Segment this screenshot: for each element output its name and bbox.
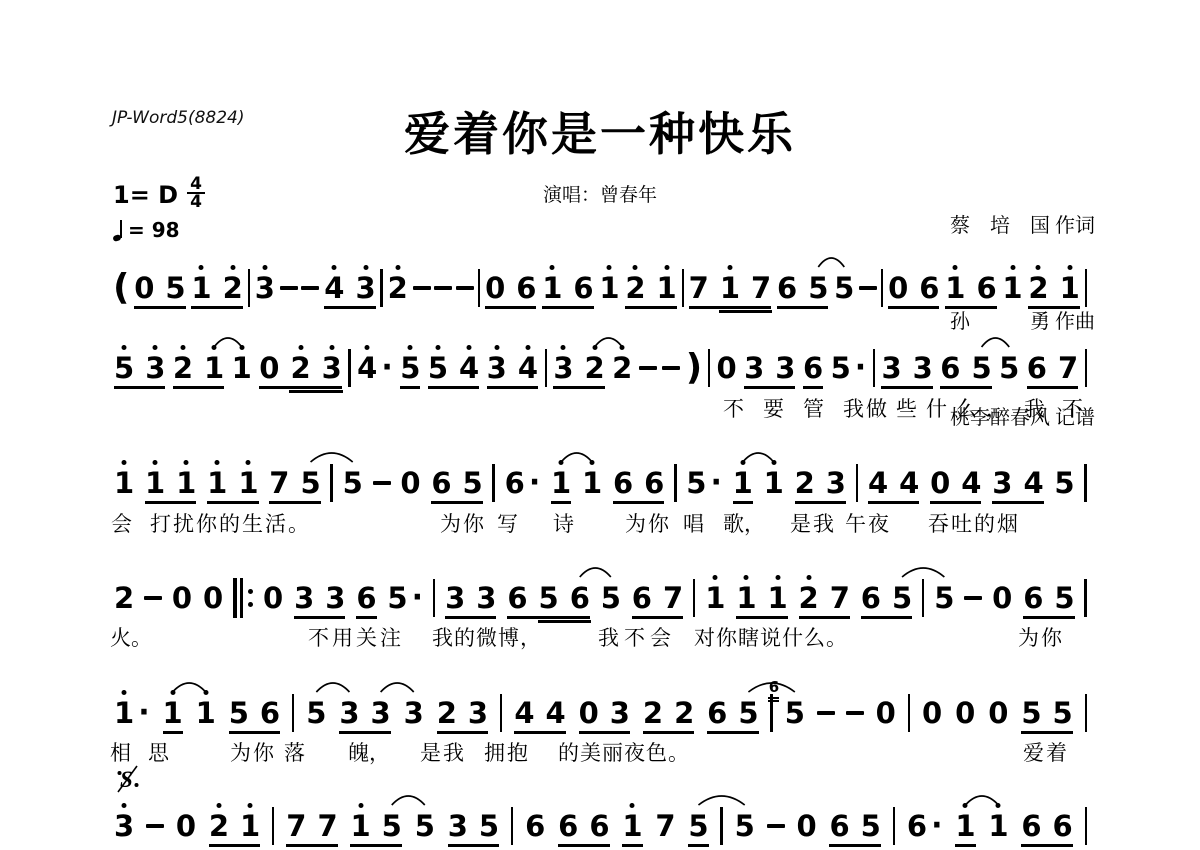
note-group: 5 bbox=[399, 354, 421, 383]
eighth-beam bbox=[733, 501, 753, 504]
note-group: 0 bbox=[202, 584, 224, 613]
eighth-beam bbox=[487, 386, 538, 389]
lyrics-line-1: 不要管我做些什么，我不 bbox=[0, 393, 1200, 421]
tie-arc bbox=[561, 453, 592, 462]
octave-dot bbox=[408, 345, 413, 350]
note-group: 65 bbox=[828, 812, 881, 841]
note-3: 3 bbox=[444, 584, 466, 613]
note-1: 1 bbox=[735, 584, 757, 613]
eighth-beam bbox=[613, 501, 664, 504]
barline bbox=[881, 269, 883, 307]
note-1: 1 bbox=[162, 699, 184, 728]
octave-dot bbox=[590, 460, 595, 465]
tie-arcs bbox=[113, 672, 1087, 696]
note-6: 6 bbox=[631, 584, 653, 613]
note-group: 717 bbox=[688, 274, 773, 303]
tie-arc bbox=[965, 796, 998, 805]
note-5: 5 bbox=[228, 699, 250, 728]
barline bbox=[674, 464, 676, 502]
note-5: 5 bbox=[891, 584, 913, 613]
note-group bbox=[301, 286, 319, 290]
note-1: 1 bbox=[349, 812, 371, 841]
lyric-segment: 火。 bbox=[110, 622, 152, 652]
note-group: 44 bbox=[513, 699, 566, 728]
note-6: 6 bbox=[1052, 812, 1074, 841]
barline bbox=[492, 464, 494, 502]
note-group: 0 bbox=[715, 354, 737, 383]
note-4: 4 bbox=[356, 354, 378, 383]
segno-icon: S bbox=[116, 764, 140, 794]
note-2: 2 bbox=[172, 354, 194, 383]
note-group: 23 bbox=[794, 469, 847, 498]
note-group: 65 bbox=[1022, 584, 1075, 613]
note-5: 5 bbox=[970, 354, 992, 383]
note-group: 0 bbox=[954, 699, 976, 728]
lyric-segment: 为你 bbox=[440, 508, 486, 538]
note-group: 5· bbox=[685, 468, 723, 498]
lyric-segment: 落 bbox=[284, 737, 305, 767]
note-1: 1 bbox=[987, 812, 1009, 841]
dash-note bbox=[662, 366, 680, 370]
note-group: 7 bbox=[654, 812, 676, 841]
note-5: 5 bbox=[734, 812, 756, 841]
note-6: 6 bbox=[802, 354, 824, 383]
note-group: 65 bbox=[939, 354, 992, 383]
note-0: 0 bbox=[987, 699, 1009, 728]
note-group bbox=[434, 286, 452, 290]
note-group: 5 bbox=[1053, 469, 1075, 498]
octave-dot bbox=[744, 575, 749, 580]
note-group bbox=[413, 286, 431, 290]
note-2: 2 bbox=[1027, 274, 1049, 303]
octave-dot bbox=[122, 460, 127, 465]
barline bbox=[500, 694, 502, 732]
note-group: 5 bbox=[687, 812, 709, 841]
barline bbox=[433, 579, 435, 617]
note-1: 1 bbox=[944, 274, 966, 303]
barline bbox=[1085, 694, 1087, 732]
note-group bbox=[639, 366, 657, 370]
note-2: 2 bbox=[611, 354, 633, 383]
note-group: 77 bbox=[285, 812, 338, 841]
note-5: 5 bbox=[860, 812, 882, 841]
dash-note bbox=[144, 596, 162, 600]
note-6: 6 bbox=[588, 812, 610, 841]
note-5: 5 bbox=[399, 354, 421, 383]
note-group: 16 bbox=[541, 274, 594, 303]
note-5: 5 bbox=[381, 812, 403, 841]
octave-dot bbox=[332, 265, 337, 270]
eighth-beam bbox=[861, 616, 912, 619]
augmentation-dot: · bbox=[854, 353, 867, 383]
octave-dot bbox=[215, 460, 220, 465]
eighth-beam bbox=[145, 501, 196, 504]
note-2: 2 bbox=[289, 354, 311, 383]
note-6: 6 bbox=[860, 584, 882, 613]
eighth-beam bbox=[207, 501, 258, 504]
tie-arc bbox=[392, 796, 425, 805]
barline bbox=[708, 349, 710, 387]
note-group: 12 bbox=[190, 274, 243, 303]
note-group: 1 bbox=[195, 699, 217, 728]
note-group: 5 bbox=[414, 812, 436, 841]
note-group: 15 bbox=[349, 812, 402, 841]
note-group: 67 bbox=[631, 584, 684, 613]
tie-arc bbox=[580, 568, 611, 577]
note-group: 1 bbox=[987, 812, 1009, 841]
tie-arcs bbox=[113, 327, 1087, 351]
barline bbox=[272, 807, 274, 845]
octave-dot bbox=[212, 345, 217, 350]
note-7: 7 bbox=[268, 469, 290, 498]
barline bbox=[873, 349, 875, 387]
note-3: 3 bbox=[324, 584, 346, 613]
eighth-beam bbox=[881, 386, 932, 389]
note-group bbox=[767, 824, 785, 828]
lyric-segment: 为你 bbox=[230, 737, 276, 767]
sheet-music-page: JP-Word5(8824) 爱着你是一种快乐 演唱：曾春年 蔡 培 国 作词 … bbox=[0, 0, 1200, 850]
tie-arc bbox=[818, 258, 844, 267]
note-7: 7 bbox=[829, 584, 851, 613]
note-group: 23 bbox=[436, 699, 489, 728]
note-group: 5 bbox=[305, 699, 327, 728]
octave-dot bbox=[248, 803, 253, 808]
note-7: 7 bbox=[662, 584, 684, 613]
note-group: 21 bbox=[208, 812, 261, 841]
lyric-segment: 不要管我 bbox=[723, 393, 883, 423]
eighth-beam bbox=[955, 844, 975, 847]
note-group: 5 bbox=[342, 469, 364, 498]
phrase-paren: ( bbox=[113, 270, 129, 306]
tie-arcs bbox=[113, 247, 1087, 271]
octave-dot bbox=[122, 690, 127, 695]
dash-note bbox=[413, 286, 431, 290]
eighth-beam bbox=[829, 844, 880, 847]
credit-lyricist: 蔡 培 国 作词 bbox=[950, 210, 1095, 242]
note-group: 22 bbox=[642, 699, 695, 728]
dash-note bbox=[456, 286, 474, 290]
note-group: 0 bbox=[175, 812, 197, 841]
eighth-beam bbox=[542, 306, 593, 309]
note-group: 6 bbox=[355, 584, 377, 613]
note-0: 0 bbox=[578, 699, 600, 728]
note-group: ) bbox=[686, 350, 702, 386]
eighth-beam bbox=[868, 501, 919, 504]
note-5: 5 bbox=[113, 354, 135, 383]
note-group: 2 bbox=[611, 354, 633, 383]
tie-arc bbox=[381, 683, 414, 692]
octave-dot bbox=[395, 265, 400, 270]
lyric-segment: 诗 bbox=[553, 508, 574, 538]
note-1: 1 bbox=[203, 354, 225, 383]
eighth-beam bbox=[445, 616, 496, 619]
note-group: 75 bbox=[268, 469, 321, 498]
note-group: 5 bbox=[734, 812, 756, 841]
note-1: 1 bbox=[550, 469, 572, 498]
note-1: 1 bbox=[656, 274, 678, 303]
dash-note bbox=[846, 711, 864, 715]
note-1: 1 bbox=[704, 584, 726, 613]
note-1: 1 bbox=[954, 812, 976, 841]
note-3: 3 bbox=[370, 699, 392, 728]
note-1: 1 bbox=[621, 812, 643, 841]
note-5: 5 bbox=[685, 469, 707, 498]
octave-dot bbox=[199, 265, 204, 270]
eighth-beam bbox=[514, 731, 565, 734]
note-1: 1 bbox=[175, 469, 197, 498]
eighth-beam bbox=[744, 386, 795, 389]
note-3: 3 bbox=[293, 584, 315, 613]
note-group: 1 bbox=[732, 469, 754, 498]
barline bbox=[478, 269, 480, 307]
eighth-beam bbox=[579, 731, 630, 734]
tie-arc bbox=[698, 796, 744, 805]
note-5: 5 bbox=[1020, 699, 1042, 728]
note-5: 5 bbox=[538, 584, 560, 613]
note-group bbox=[373, 481, 391, 485]
octave-dot bbox=[664, 265, 669, 270]
sixteenth-beam-group: 23 bbox=[289, 354, 342, 383]
note-group: 1 bbox=[621, 812, 643, 841]
note-group: 1 bbox=[231, 354, 253, 383]
note-1: 1 bbox=[732, 469, 754, 498]
tie-arc bbox=[743, 453, 774, 462]
score-line-6: 3021771553566617550656·1166 bbox=[113, 804, 1087, 848]
note-5: 5 bbox=[164, 274, 186, 303]
note-3: 3 bbox=[475, 584, 497, 613]
barline bbox=[922, 579, 924, 617]
eighth-beam bbox=[795, 501, 846, 504]
eighth-beam bbox=[431, 501, 482, 504]
note-3: 3 bbox=[825, 469, 847, 498]
note-5: 5 bbox=[1053, 584, 1075, 613]
note-group: 5 bbox=[833, 274, 855, 303]
note-5: 5 bbox=[687, 812, 709, 841]
eighth-beam bbox=[643, 731, 694, 734]
eighth-beam bbox=[134, 306, 185, 309]
lyric-segment: 是我 bbox=[790, 508, 836, 538]
octave-dot bbox=[1067, 265, 1072, 270]
eighth-beam bbox=[777, 306, 828, 309]
dash-note bbox=[373, 481, 391, 485]
note-group: 06 bbox=[887, 274, 940, 303]
note-0: 0 bbox=[133, 274, 155, 303]
octave-dot bbox=[363, 265, 368, 270]
note-4: 4 bbox=[458, 354, 480, 383]
note-5: 5 bbox=[386, 584, 408, 613]
eighth-beam bbox=[688, 844, 708, 847]
lyric-segment: 为你 bbox=[625, 508, 671, 538]
dash-note bbox=[639, 366, 657, 370]
dash-note bbox=[146, 824, 164, 828]
barline bbox=[893, 807, 895, 845]
note-group: 0 bbox=[987, 699, 1009, 728]
note-group: 5· bbox=[830, 353, 868, 383]
lyrics-line-4: 相思为你落魄，是我拥抱的美丽夜色。爱着 bbox=[0, 737, 1200, 765]
note-5: 5 bbox=[998, 354, 1020, 383]
quarter-note-icon bbox=[113, 218, 123, 242]
note-6: 6 bbox=[259, 699, 281, 728]
note-group: 06 bbox=[484, 274, 537, 303]
note-3: 3 bbox=[254, 274, 276, 303]
eighth-beam bbox=[286, 844, 337, 847]
tie-arc bbox=[173, 683, 206, 692]
note-1: 1 bbox=[1059, 274, 1081, 303]
eighth-beam bbox=[930, 501, 981, 504]
lyric-segment: 不用关注 bbox=[308, 622, 404, 652]
octave-dot bbox=[630, 803, 635, 808]
octave-dot bbox=[633, 265, 638, 270]
lyric-segment: 魄， bbox=[348, 737, 390, 767]
octave-dot bbox=[298, 345, 303, 350]
note-5: 5 bbox=[305, 699, 327, 728]
note-0: 0 bbox=[795, 812, 817, 841]
barline bbox=[908, 694, 910, 732]
note-1: 1 bbox=[767, 584, 789, 613]
octave-dot bbox=[184, 460, 189, 465]
note-6: 6 bbox=[918, 274, 940, 303]
note-group: 4· bbox=[356, 353, 394, 383]
note-group: 33 bbox=[293, 584, 346, 613]
note-2: 2 bbox=[113, 584, 135, 613]
key-signature: 1= D 4 4 bbox=[113, 178, 205, 212]
eighth-beam bbox=[803, 386, 823, 389]
note-0: 0 bbox=[258, 354, 280, 383]
note-group bbox=[846, 711, 864, 715]
eighth-beam bbox=[945, 306, 996, 309]
note-1: 1 bbox=[206, 469, 228, 498]
note-group: 5 bbox=[933, 584, 955, 613]
octave-dot bbox=[329, 345, 334, 350]
note-group: 6· bbox=[504, 468, 542, 498]
note-6: 6 bbox=[1020, 812, 1042, 841]
note-group: 03 bbox=[578, 699, 631, 728]
note-6: 6 bbox=[1022, 584, 1044, 613]
eighth-beam bbox=[339, 731, 390, 734]
lyric-segment: 做些什么， bbox=[866, 393, 1016, 423]
note-7: 7 bbox=[316, 812, 338, 841]
score-line-1: (0512343206161217176550616121 bbox=[113, 266, 1087, 310]
note-5: 5 bbox=[807, 274, 829, 303]
octave-dot bbox=[180, 345, 185, 350]
lyric-segment: 思 bbox=[148, 737, 169, 767]
dash-note bbox=[859, 286, 877, 290]
repeat-start-barline bbox=[233, 578, 253, 618]
note-group: 1 bbox=[1001, 274, 1023, 303]
eighth-beam bbox=[1028, 306, 1079, 309]
note-6: 6 bbox=[1026, 354, 1048, 383]
note-6: 6 bbox=[828, 812, 850, 841]
note-group bbox=[817, 711, 835, 715]
note-group: 11 bbox=[735, 584, 788, 613]
eighth-beam bbox=[294, 616, 345, 619]
note-group: 0 bbox=[875, 699, 897, 728]
octave-dot bbox=[239, 345, 244, 350]
credit-composer: 孙 勇 作曲 bbox=[950, 306, 1095, 338]
note-group: 27 bbox=[798, 584, 851, 613]
note-group: 65 bbox=[706, 699, 759, 728]
octave-dot bbox=[607, 265, 612, 270]
note-2: 2 bbox=[436, 699, 458, 728]
note-group: 0 bbox=[795, 812, 817, 841]
note-3: 3 bbox=[447, 812, 469, 841]
sixteenth-beam-group: 56 bbox=[538, 584, 591, 613]
lyric-segment: 会 bbox=[111, 508, 132, 538]
note-5: 5 bbox=[414, 812, 436, 841]
note-group: 66 bbox=[1020, 812, 1073, 841]
note-3: 3 bbox=[880, 354, 902, 383]
note-1: 1 bbox=[581, 469, 603, 498]
lyric-segment: 我不 bbox=[1024, 393, 1100, 423]
augmentation-dot: · bbox=[380, 353, 393, 383]
note-6: 6 bbox=[939, 354, 961, 383]
note-4: 4 bbox=[513, 699, 535, 728]
barline bbox=[1085, 269, 1087, 307]
barline bbox=[856, 464, 858, 502]
note-group: 34 bbox=[991, 469, 1044, 498]
note-1: 1 bbox=[1001, 274, 1023, 303]
note-group: 1 bbox=[113, 469, 135, 498]
note-3: 3 bbox=[743, 354, 765, 383]
note-group: 65 bbox=[860, 584, 913, 613]
lyrics-line-3: 火。不用关注我的微博，我不会对你瞎说什么。为你 bbox=[0, 622, 1200, 650]
tempo-marking: = 98 bbox=[113, 218, 180, 242]
note-group: ( bbox=[113, 270, 129, 306]
note-0: 0 bbox=[171, 584, 193, 613]
note-group bbox=[456, 286, 474, 290]
note-0: 0 bbox=[921, 699, 943, 728]
note-group: 1 bbox=[162, 699, 184, 728]
barline bbox=[348, 349, 350, 387]
note-0: 0 bbox=[887, 274, 909, 303]
eighth-beam bbox=[400, 386, 420, 389]
octave-dot bbox=[963, 803, 968, 808]
octave-dot bbox=[230, 265, 235, 270]
note-0: 0 bbox=[484, 274, 506, 303]
lyric-segment: 拥抱 bbox=[484, 737, 530, 767]
note-1: 1 bbox=[239, 812, 261, 841]
note-group: 1 bbox=[550, 469, 572, 498]
note-3: 3 bbox=[403, 699, 425, 728]
octave-dot bbox=[740, 460, 745, 465]
note-0: 0 bbox=[399, 469, 421, 498]
barline bbox=[693, 579, 695, 617]
eighth-beam bbox=[448, 844, 499, 847]
note-5: 5 bbox=[833, 274, 855, 303]
note-group: 11 bbox=[206, 469, 259, 498]
lyric-segment: 唱 bbox=[683, 508, 704, 538]
note-group: 023 bbox=[258, 354, 343, 383]
note-group: 33 bbox=[743, 354, 796, 383]
tie-arc bbox=[214, 338, 242, 347]
eighth-beam bbox=[1023, 616, 1074, 619]
octave-dot bbox=[153, 345, 158, 350]
note-4: 4 bbox=[517, 354, 539, 383]
tie-arc bbox=[316, 683, 349, 692]
note-group: 1 bbox=[704, 584, 726, 613]
octave-dot bbox=[771, 460, 776, 465]
note-6: 6 bbox=[506, 584, 528, 613]
note-group bbox=[146, 824, 164, 828]
note-2: 2 bbox=[387, 274, 409, 303]
note-6: 6 bbox=[355, 584, 377, 613]
note-0: 0 bbox=[929, 469, 951, 498]
note-0: 0 bbox=[991, 584, 1013, 613]
note-group: 55 bbox=[1020, 699, 1073, 728]
score-line-4: 20003365·3365656711127655065 bbox=[113, 576, 1087, 620]
dash-note bbox=[434, 286, 452, 290]
note-2: 2 bbox=[222, 274, 244, 303]
